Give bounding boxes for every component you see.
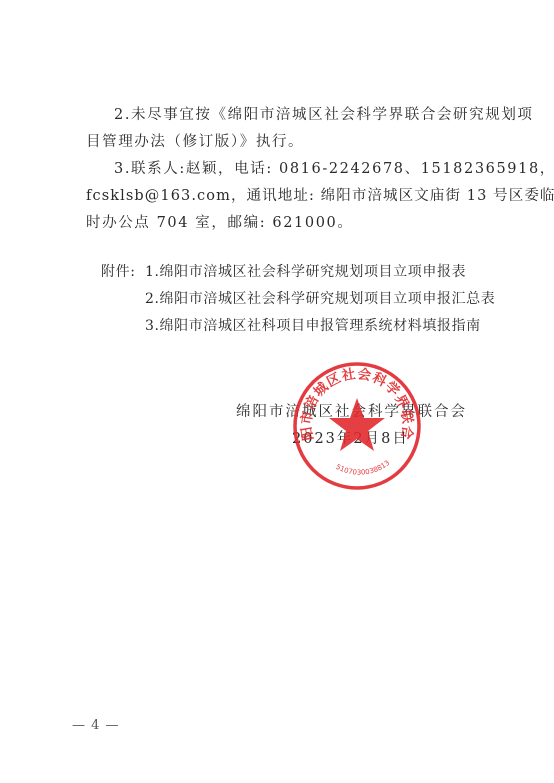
body-line-3: 3.联系人:赵颖，电话: 0816-2242678、15182365918，邮箱… bbox=[114, 159, 554, 179]
attachment-item-2: 2.绵阳市涪城区社会科学研究规划项目立项申报汇总表 bbox=[145, 289, 495, 309]
body-line-1: 2.未尽事宜按《绵阳市涪城区社会科学界联合会研究规划项 bbox=[114, 105, 534, 125]
official-seal-icon: 绵阳市涪城区社会科学界联合会 5107030038813 bbox=[291, 360, 423, 492]
attachment-item-3: 3.绵阳市涪城区社科项目申报管理系统材料填报指南 bbox=[145, 316, 481, 336]
attachment-item-1: 1.绵阳市涪城区社会科学研究规划项目立项申报表 bbox=[145, 262, 466, 282]
body-line-4: fcsklsb@163.com，通讯地址: 绵阳市涪城区文庙街 13 号区委临 bbox=[86, 186, 554, 206]
attachments-label: 附件: bbox=[101, 262, 136, 282]
document-page: 2.未尽事宜按《绵阳市涪城区社会科学界联合会研究规划项 目管理办法（修订版）》执… bbox=[0, 0, 554, 783]
body-line-5: 时办公点 704 室，邮编: 621000。 bbox=[86, 213, 353, 233]
svg-text:5107030038813: 5107030038813 bbox=[334, 459, 391, 477]
page-number: — 4 — bbox=[72, 718, 120, 733]
body-line-2: 目管理办法（修订版）》执行。 bbox=[86, 132, 304, 152]
